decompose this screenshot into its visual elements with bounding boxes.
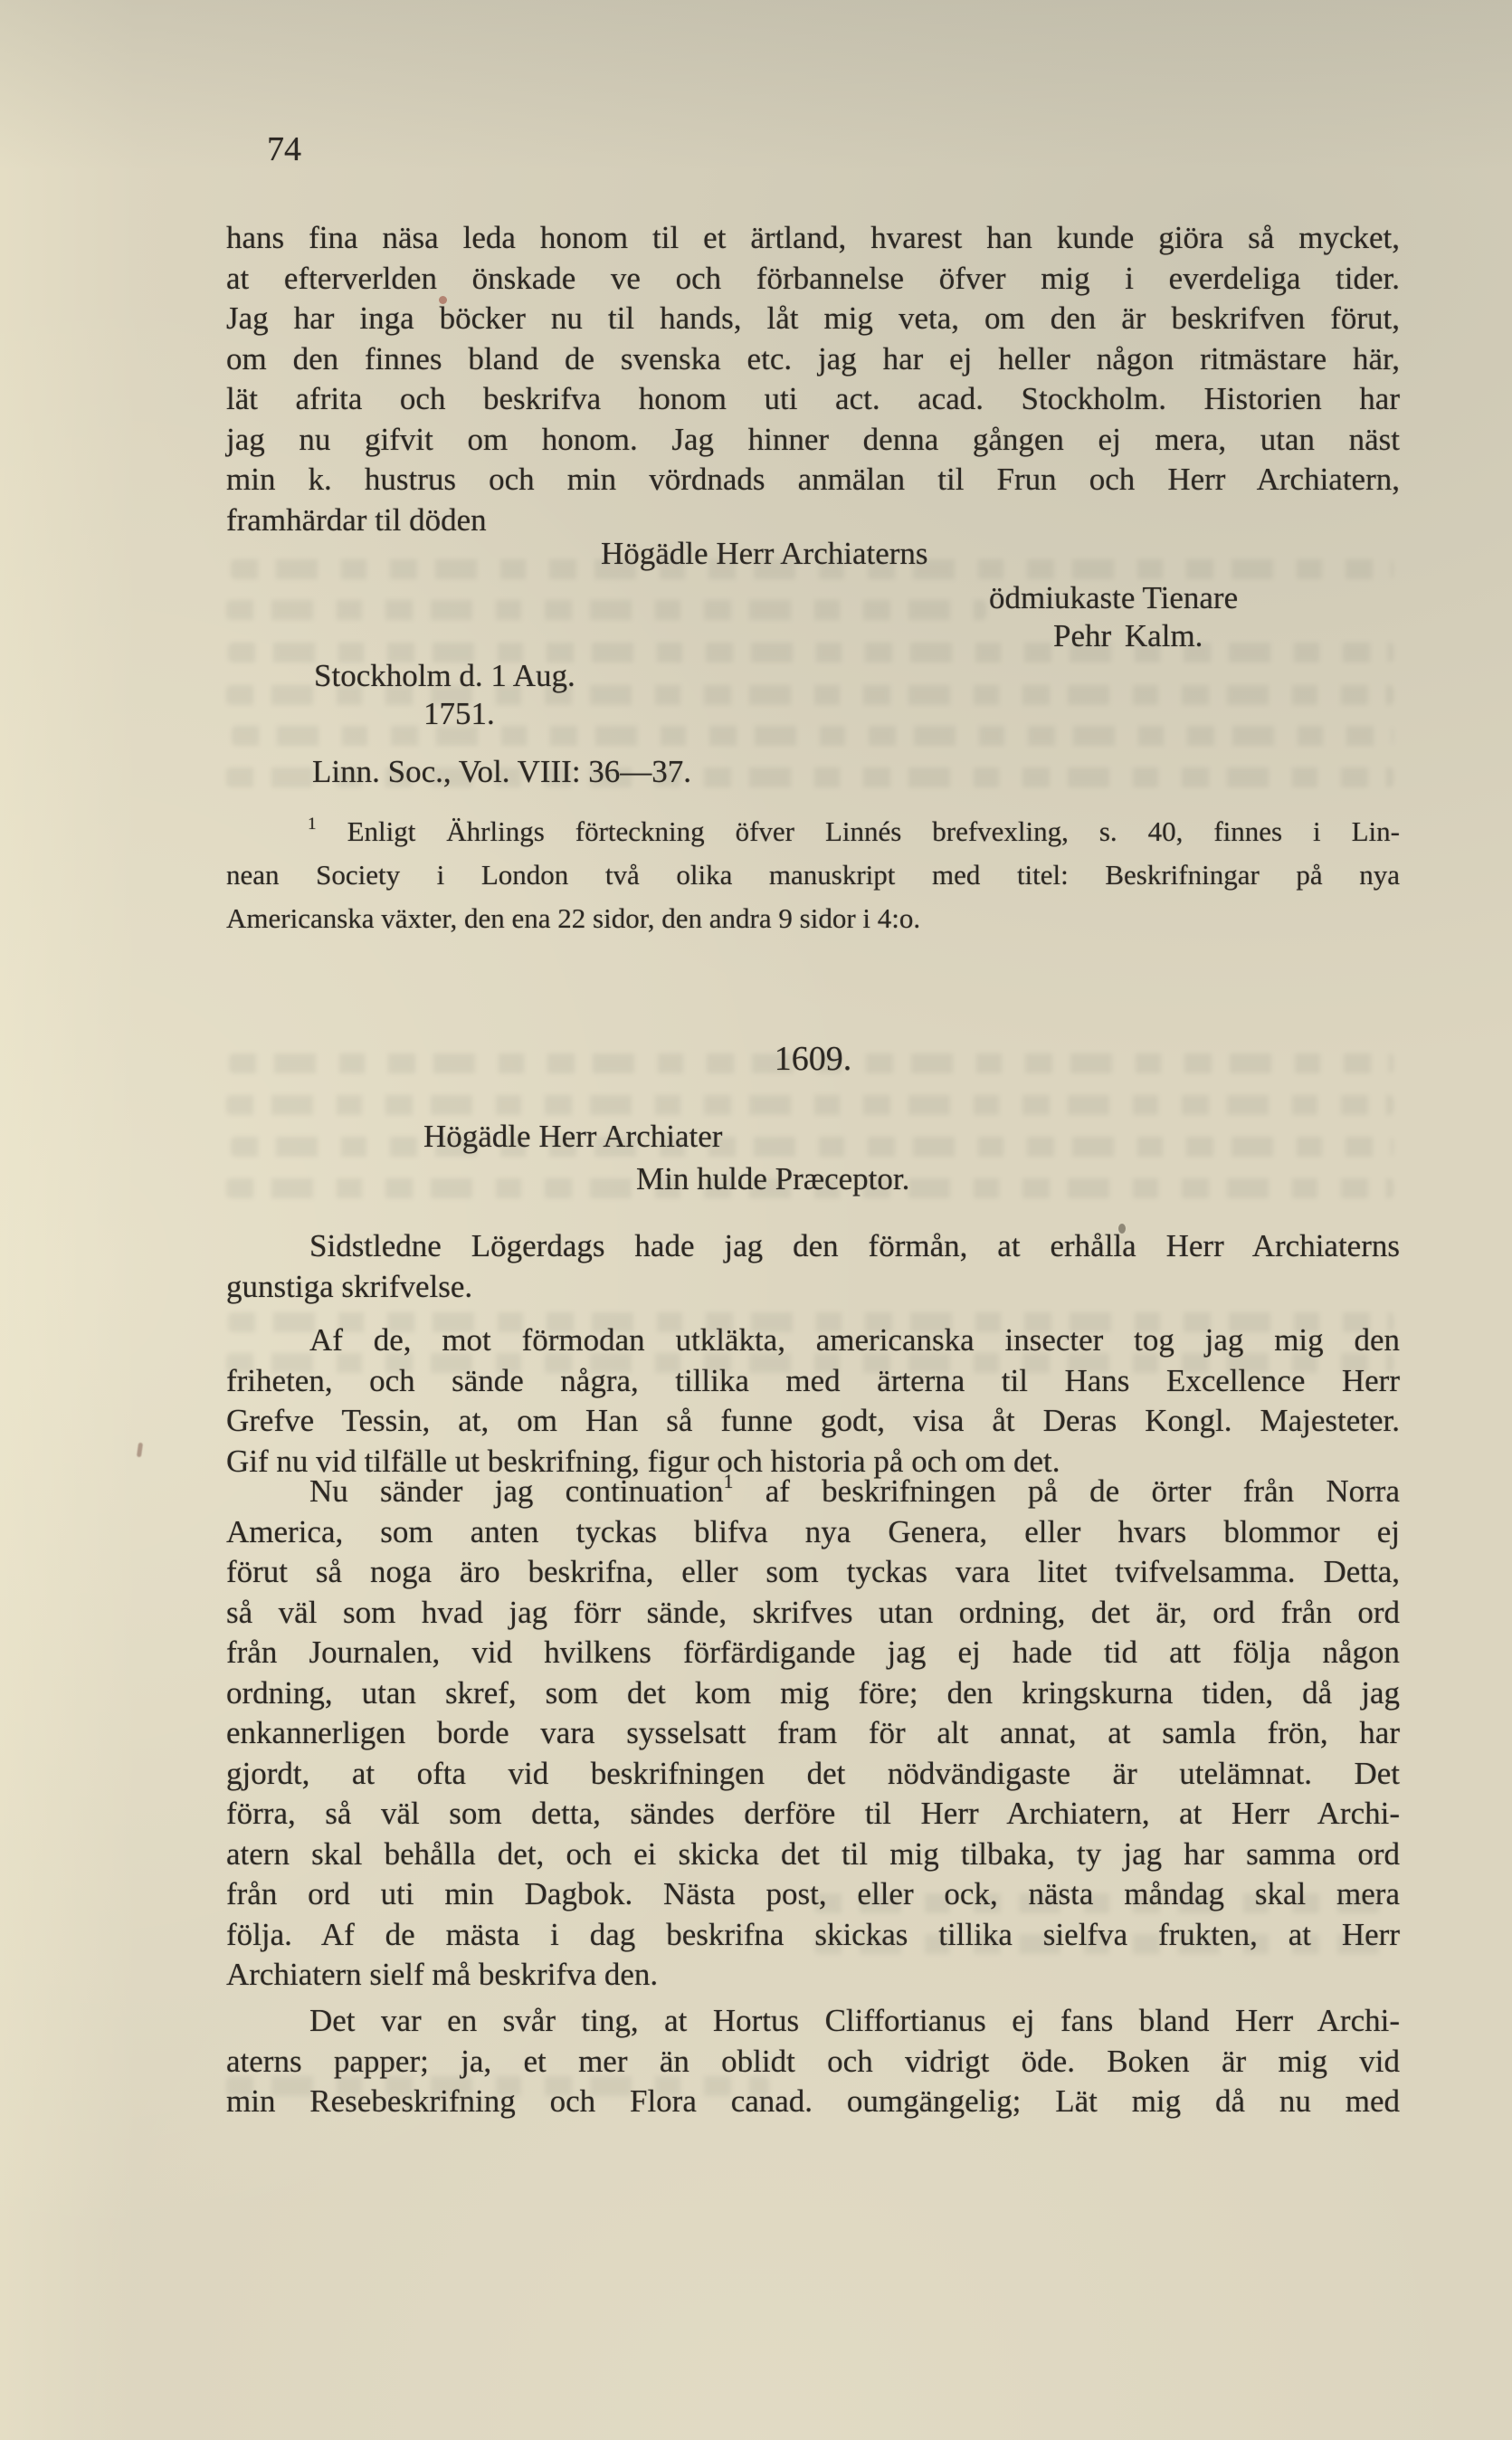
salutation-line-2: Min hulde Præceptor. [636,1161,909,1197]
signature: Pehr Kalm. [1053,618,1203,654]
footnote: 1 Enligt Ährlings förteckning öfver Linn… [226,810,1400,940]
text-line: förut så noga äro beskrifna, eller som t… [226,1552,1400,1593]
letter-paragraph: Det var en svår ting, at Hortus Cliffort… [226,2001,1400,2122]
text-line: hans fina näsa leda honom til et ärtland… [226,218,1400,259]
bleedthrough-ghost [226,600,986,620]
text-line: Archiatern sielf må beskrifva den. [226,1955,1400,1996]
footnote-line: 1 Enligt Ährlings förteckning öfver Linn… [226,810,1400,853]
letter-paragraph: Af de, mot förmodan utkläkta, americansk… [226,1320,1400,1482]
text-line: Af de, mot förmodan utkläkta, americansk… [226,1320,1400,1361]
text-line: så väl som hvad jag förr sände, skrifves… [226,1593,1400,1634]
text-line: atern skal behålla det, och ei skicka de… [226,1835,1400,1875]
bleedthrough-ghost [231,1137,1393,1157]
text-segment: Nu sänder jag continuation [309,1473,724,1509]
closing-salute: Högädle Herr Archiaterns [601,536,928,572]
footnote-line: nean Society i London två olika manuskri… [226,853,1400,897]
text-line: Sidstledne Lögerdags hade jag den förmån… [226,1226,1400,1267]
text-line: jag nu gifvit om honom. Jag hinner denna… [226,420,1400,461]
letter-paragraph: Sidstledne Lögerdags hade jag den förmån… [226,1226,1400,1307]
valediction: ödmiukaste Tienare [989,580,1238,616]
page-number: 74 [267,129,301,169]
text-line: at efterverlden önskade ve och förbannel… [226,259,1400,300]
text-line: enkannerligen borde vara sysselsatt fram… [226,1713,1400,1754]
text-line: min Resebeskrifning och Flora canad. oum… [226,2082,1400,2122]
footnote-marker: 1 [308,815,317,834]
text-line: gunstiga skrifvelse. [226,1267,1400,1308]
margin-stray-mark [137,1443,143,1458]
salutation-line-1: Högädle Herr Archiater [423,1119,722,1155]
text-line: aterns papper; ja, et mer än oblidt och … [226,2042,1400,2083]
letter-number-heading: 1609. [226,1039,1400,1079]
text-line: friheten, och sände några, tillika med ä… [226,1361,1400,1402]
text-line: förra, så väl som detta, sändes derföre … [226,1794,1400,1835]
footnote-reference-mark: 1 [724,1471,734,1492]
text-line: ordning, utan skref, som det kom mig för… [226,1673,1400,1714]
dateline-year: 1751. [423,696,495,732]
footnote-text: Enligt Ährlings förteckning öfver Linnés… [347,815,1400,847]
text-line: Jag har inga böcker nu til hands, låt mi… [226,299,1400,339]
text-line: min k. hustrus och min vördnads anmälan … [226,460,1400,500]
text-line: framhärdar til döden [226,500,1400,541]
text-line: följa. Af de mästa i dag beskrifna skick… [226,1915,1400,1956]
text-line: om den finnes bland de svenska etc. jag … [226,339,1400,380]
text-line: från Journalen, vid hvilkens förfärdigan… [226,1633,1400,1673]
book-page-scan: 74 hans fina näsa leda honom til et ärtl… [0,0,1512,2440]
text-line: gjordt, at ofta vid beskrifningen det nö… [226,1754,1400,1795]
bleedthrough-ghost [232,726,1393,746]
dateline-place: Stockholm d. 1 Aug. [314,658,575,694]
previous-letter-body: hans fina näsa leda honom til et ärtland… [226,218,1400,540]
bleedthrough-ghost [226,1095,1393,1115]
text-line: Det var en svår ting, at Hortus Cliffort… [226,2001,1400,2042]
text-line: Grefve Tessin, at, om Han så funne godt,… [226,1401,1400,1442]
text-segment: af beskrifningen på de örter från Norra [733,1473,1400,1509]
letter-paragraph: Nu sänder jag continuation1 af beskrifni… [226,1472,1400,1996]
text-line: från ord uti min Dagbok. Nästa post, ell… [226,1874,1400,1915]
text-line: lät afrita och beskrifva honom uti act. … [226,379,1400,420]
footnote-line: Americanska växter, den ena 22 sidor, de… [226,897,1400,940]
text-line: Nu sänder jag continuation1 af beskrifni… [226,1472,1400,1512]
source-reference: Linn. Soc., Vol. VIII: 36—37. [312,754,691,790]
text-line: America, som anten tyckas blifva nya Gen… [226,1512,1400,1553]
